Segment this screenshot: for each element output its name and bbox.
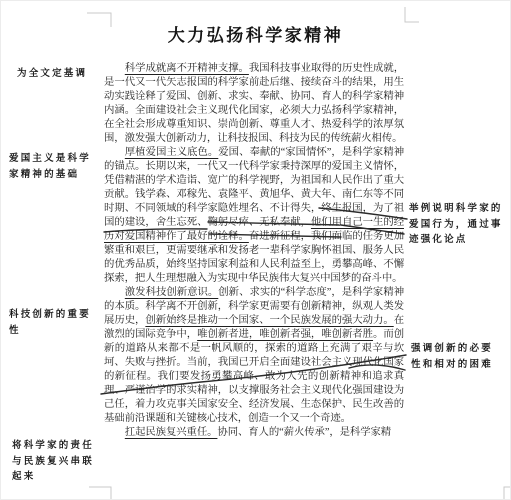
text-segment: 。而创新的道路从来都不是一帆风顺的，探索的道路上充满了艰辛与坎坷、失败与挫折。当… — [104, 329, 404, 424]
margin-note-line: 将科学家的责任 — [12, 439, 94, 455]
document-page: 大力弘扬科学家精神 科学成就离不开精神支撑。我国科技事业取得的历史性成就，是一代… — [0, 0, 511, 500]
margin-note-line: 爱国行为，通过事 — [409, 218, 503, 234]
margin-note-line: 爱国主义是科学 — [9, 152, 91, 168]
margin-note-left-0: 为全文定基调 — [17, 67, 87, 83]
body-text: 科学成就离不开精神支撑。我国科技事业取得的历史性成就，是一代又一代矢志报国的科学… — [104, 62, 404, 440]
margin-note-line: 性和相对的困难 — [411, 358, 493, 374]
margin-note-left-2: 科技创新的重要性 — [9, 308, 91, 339]
paragraph: 激发科技创新意识。创新、求实的“科学态度”，是科学家精神的本质。科学离不开创新，… — [104, 286, 404, 426]
paragraph: 科学成就离不开精神支撑。我国科技事业取得的历史性成就，是一代又一代矢志报国的科学… — [104, 62, 404, 146]
crop-mark-bottom-right — [504, 487, 511, 500]
paragraph: 厚植爱国主义底色。爱国、奉献的“家国情怀”，是科学家精神的锚点。长期以来，一代又… — [104, 146, 404, 286]
crop-mark-bottom-left — [89, 487, 111, 500]
text-segment: 协同、育人的“薪火传承”，是科学家精 — [217, 427, 391, 438]
underlined-phrase: 唯创新者进，唯创新者强，唯创新者胜 — [197, 329, 373, 340]
text-segment: 爱国、奉献的“家国情怀”，是科学家精神的锚点。长期以来，一代又一代科学家秉持深厚… — [104, 147, 404, 228]
underlined-phrase: 激发科技创新意识。 — [125, 287, 219, 298]
margin-note-line: 科技创新的重要 — [9, 308, 91, 324]
underlined-phrase: 科学成就离不开精神支撑。 — [125, 63, 249, 74]
crop-mark-top-right — [405, 7, 419, 22]
margin-note-line: 举例说明科学家的 — [409, 202, 503, 218]
underlined-phrase: 厚植爱国主义底色。 — [125, 147, 219, 158]
margin-note-left-1: 爱国主义是科学家精神的基础 — [9, 152, 91, 183]
margin-note-left-3: 将科学家的责任与民族复兴串联起来 — [12, 439, 94, 486]
margin-note-line: 与民族复兴串联 — [12, 455, 94, 471]
margin-note-line: 强调创新的必要 — [411, 342, 493, 358]
margin-note-line: 家精神的基础 — [9, 168, 91, 184]
underlined-phrase: 扛起民族复兴重任。 — [125, 427, 218, 438]
margin-note-line: 迹强化论点 — [409, 233, 503, 249]
margin-note-line: 为全文定基调 — [17, 67, 87, 83]
text-segment: 我国科技事业取得的历史性成就，是一代又一代矢志报国的科学家前赴后继、接续奋斗的结… — [104, 63, 404, 144]
margin-note-line: 性 — [9, 324, 91, 340]
margin-note-right-0: 举例说明科学家的爱国行为，通过事迹强化论点 — [409, 202, 503, 249]
margin-note-line: 起来 — [12, 470, 94, 486]
underlined-phrase: 创新始终是推动一个国家、一个民族发展的强大动力。 — [145, 315, 393, 326]
margin-note-right-1: 强调创新的必要性和相对的困难 — [411, 342, 493, 373]
page-title: 大力弘扬科学家精神 — [1, 21, 510, 46]
paragraph: 扛起民族复兴重任。协同、育人的“薪火传承”，是科学家精 — [104, 426, 404, 440]
